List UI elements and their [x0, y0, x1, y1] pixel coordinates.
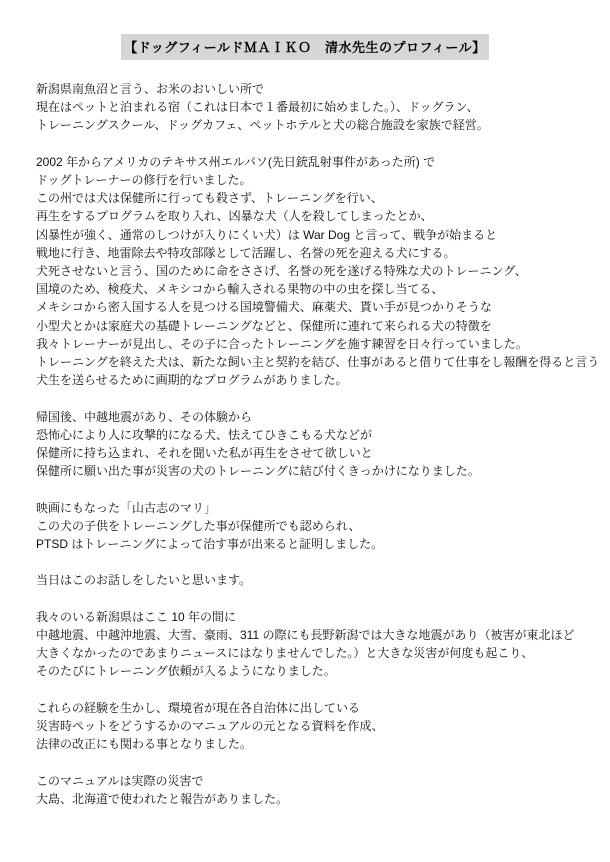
- text-line: 戦地に行き、地雷除去や特攻部隊として活躍し、名誉の死を迎える犬にする。: [36, 244, 606, 262]
- text-line: 保健所に願い出た事が災害の犬のトレーニングに結び付くきっかけになりました。: [36, 462, 606, 480]
- text-line: メキシコから密入国する人を見つける国境警備犬、麻薬犬、貰い手が見つかりそうな: [36, 298, 606, 316]
- text-line: 小型犬とかは家庭犬の基礎トレーニングなどと、保健所に連れて来られる犬の特徴を: [36, 317, 606, 335]
- text-line: トレーニングを終えた犬は、新たな飼い主と契約を結び、仕事があると借りて仕事をし報…: [36, 353, 606, 371]
- text-line: トレーニングスクール、ドッグカフェ、ペットホテルと犬の総合施設を家族で経営。: [36, 116, 606, 134]
- text-line: 中越地震、中越沖地震、大雪、豪雨、311 の際にも長野新潟では大きな地震があり（…: [36, 626, 606, 644]
- paragraph: 映画にもなった「山古志のマリ」この犬の子供をトレーニングした事が保健所でも認めら…: [36, 499, 606, 554]
- text-line: ドッグトレーナーの修行を行いました。: [36, 171, 606, 189]
- text-line: 犬生を送らせるために画期的なプログラムがありました。: [36, 371, 606, 389]
- title-row: 【ドッグフィールドＭＡＩＫＯ 清水先生のプロフィール】: [0, 0, 610, 60]
- text-line: 災害時ペットをどうするかのマニュアルの元となる資料を作成、: [36, 717, 606, 735]
- text-line: 新潟県南魚沼と言う、お米のおいしい所で: [36, 80, 606, 98]
- text-line: 現在はペットと泊まれる宿（これは日本で１番最初に始めました。）、ドッグラン、: [36, 98, 606, 116]
- text-line: 我々トレーナーが見出し、その子に合ったトレーニングを施す練習を日々行っていました…: [36, 335, 606, 353]
- text-line: 当日はこのお話しをしたいと思います。: [36, 571, 606, 589]
- text-line: 法律の改正にも関わる事となりました。: [36, 735, 606, 753]
- text-line: 帰国後、中越地震があり、その体験から: [36, 408, 606, 426]
- text-line: 凶暴性が強く、通常のしつけが入りにくい犬）は War Dog と言って、戦争が始…: [36, 226, 606, 244]
- text-line: これらの経験を生かし、環境省が現在各自治体に出している: [36, 699, 606, 717]
- text-line: 映画にもなった「山古志のマリ」: [36, 499, 606, 517]
- document-page: 【ドッグフィールドＭＡＩＫＯ 清水先生のプロフィール】 新潟県南魚沼と言う、お米…: [0, 0, 610, 862]
- text-line: 我々のいる新潟県はここ 10 年の間に: [36, 608, 606, 626]
- text-line: 保健所に持ち込まれ、それを聞いた私が再生をさせて欲しいと: [36, 444, 606, 462]
- text-line: このマニュアルは実際の災害で: [36, 772, 606, 790]
- paragraph: 我々のいる新潟県はここ 10 年の間に中越地震、中越沖地震、大雪、豪雨、311 …: [36, 608, 606, 681]
- document-title: 【ドッグフィールドＭＡＩＫＯ 清水先生のプロフィール】: [121, 34, 488, 60]
- paragraph: 新潟県南魚沼と言う、お米のおいしい所で現在はペットと泊まれる宿（これは日本で１番…: [36, 80, 606, 135]
- text-line: この犬の子供をトレーニングした事が保健所でも認められ、: [36, 517, 606, 535]
- text-line: この州では犬は保健所に行っても殺さず、トレーニングを行い、: [36, 189, 606, 207]
- text-line: 再生をするプログラムを取り入れ、凶暴な犬（人を殺してしまったとか、: [36, 207, 606, 225]
- text-line: 2002 年からアメリカのテキサス州エルパソ(先日銃乱射事件があった所) で: [36, 153, 606, 171]
- text-line: 大きくなかったのであまりニュースにはなりませんでした。）と大きな災害が何度も起こ…: [36, 644, 606, 662]
- paragraph: 当日はこのお話しをしたいと思います。: [36, 571, 606, 589]
- text-line: 恐怖心により人に攻撃的になる犬、怯えてひきこもる犬などが: [36, 426, 606, 444]
- paragraph: 2002 年からアメリカのテキサス州エルパソ(先日銃乱射事件があった所) でドッ…: [36, 153, 606, 390]
- text-line: 犬死させないと言う、国のために命をささげ、名誉の死を遂げる特殊な犬のトレーニング…: [36, 262, 606, 280]
- text-line: 国境のため、検疫犬、メキシコから輸入される果物の中の虫を探し当てる、: [36, 280, 606, 298]
- paragraph: これらの経験を生かし、環境省が現在各自治体に出している災害時ペットをどうするかの…: [36, 699, 606, 754]
- paragraph: 帰国後、中越地震があり、その体験から恐怖心により人に攻撃的になる犬、怯えてひきこ…: [36, 408, 606, 481]
- text-line: そのたびにトレーニング依頼が入るようになりました。: [36, 662, 606, 680]
- document-body: 新潟県南魚沼と言う、お米のおいしい所で現在はペットと泊まれる宿（これは日本で１番…: [0, 60, 610, 808]
- text-line: PTSD はトレーニングによって治す事が出来ると証明しました。: [36, 535, 606, 553]
- paragraph: このマニュアルは実際の災害で大島、北海道で使われたと報告がありました。: [36, 772, 606, 808]
- text-line: 大島、北海道で使われたと報告がありました。: [36, 790, 606, 808]
